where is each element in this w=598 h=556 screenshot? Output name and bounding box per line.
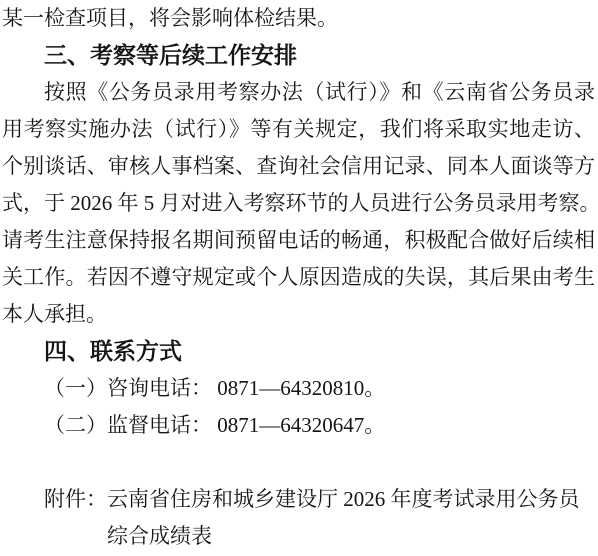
text-line: 本人承担。 — [2, 296, 595, 333]
text-line: 某一检查项目，将会影响体检结果。 — [2, 0, 595, 37]
attachment-line: 综合成绩表 — [2, 518, 595, 555]
document-page: 某一检查项目，将会影响体检结果。三、考察等后续工作安排按照《公务员录用考察办法（… — [0, 0, 598, 556]
text-line: 按照《公务员录用考察办法（试行）》和《云南省公务员录 — [2, 74, 595, 111]
text-line: （二）监督电话： 0871—64320647。 — [2, 407, 595, 444]
text-line: 个别谈话、审核人事档案、查询社会信用记录、同本人面谈等方 — [2, 148, 595, 185]
section-heading: 四、联系方式 — [2, 333, 595, 370]
text-line: 式，于 2026 年 5 月对进入考察环节的人员进行公务员录用考察。 — [2, 185, 595, 222]
text-line: （一）咨询电话： 0871—64320810。 — [2, 370, 595, 407]
text-line: 请考生注意保持报名期间预留电话的畅通，积极配合做好后续相 — [2, 222, 595, 259]
blank-line — [2, 444, 595, 481]
section-heading: 三、考察等后续工作安排 — [2, 37, 595, 74]
text-line: 用考察实施办法（试行）》等有关规定，我们将采取实地走访、 — [2, 111, 595, 148]
text-line: 关工作。若因不遵守规定或个人原因造成的失误，其后果由考生 — [2, 259, 595, 296]
attachment-line: 附件：云南省住房和城乡建设厅 2026 年度考试录用公务员 — [2, 481, 595, 518]
